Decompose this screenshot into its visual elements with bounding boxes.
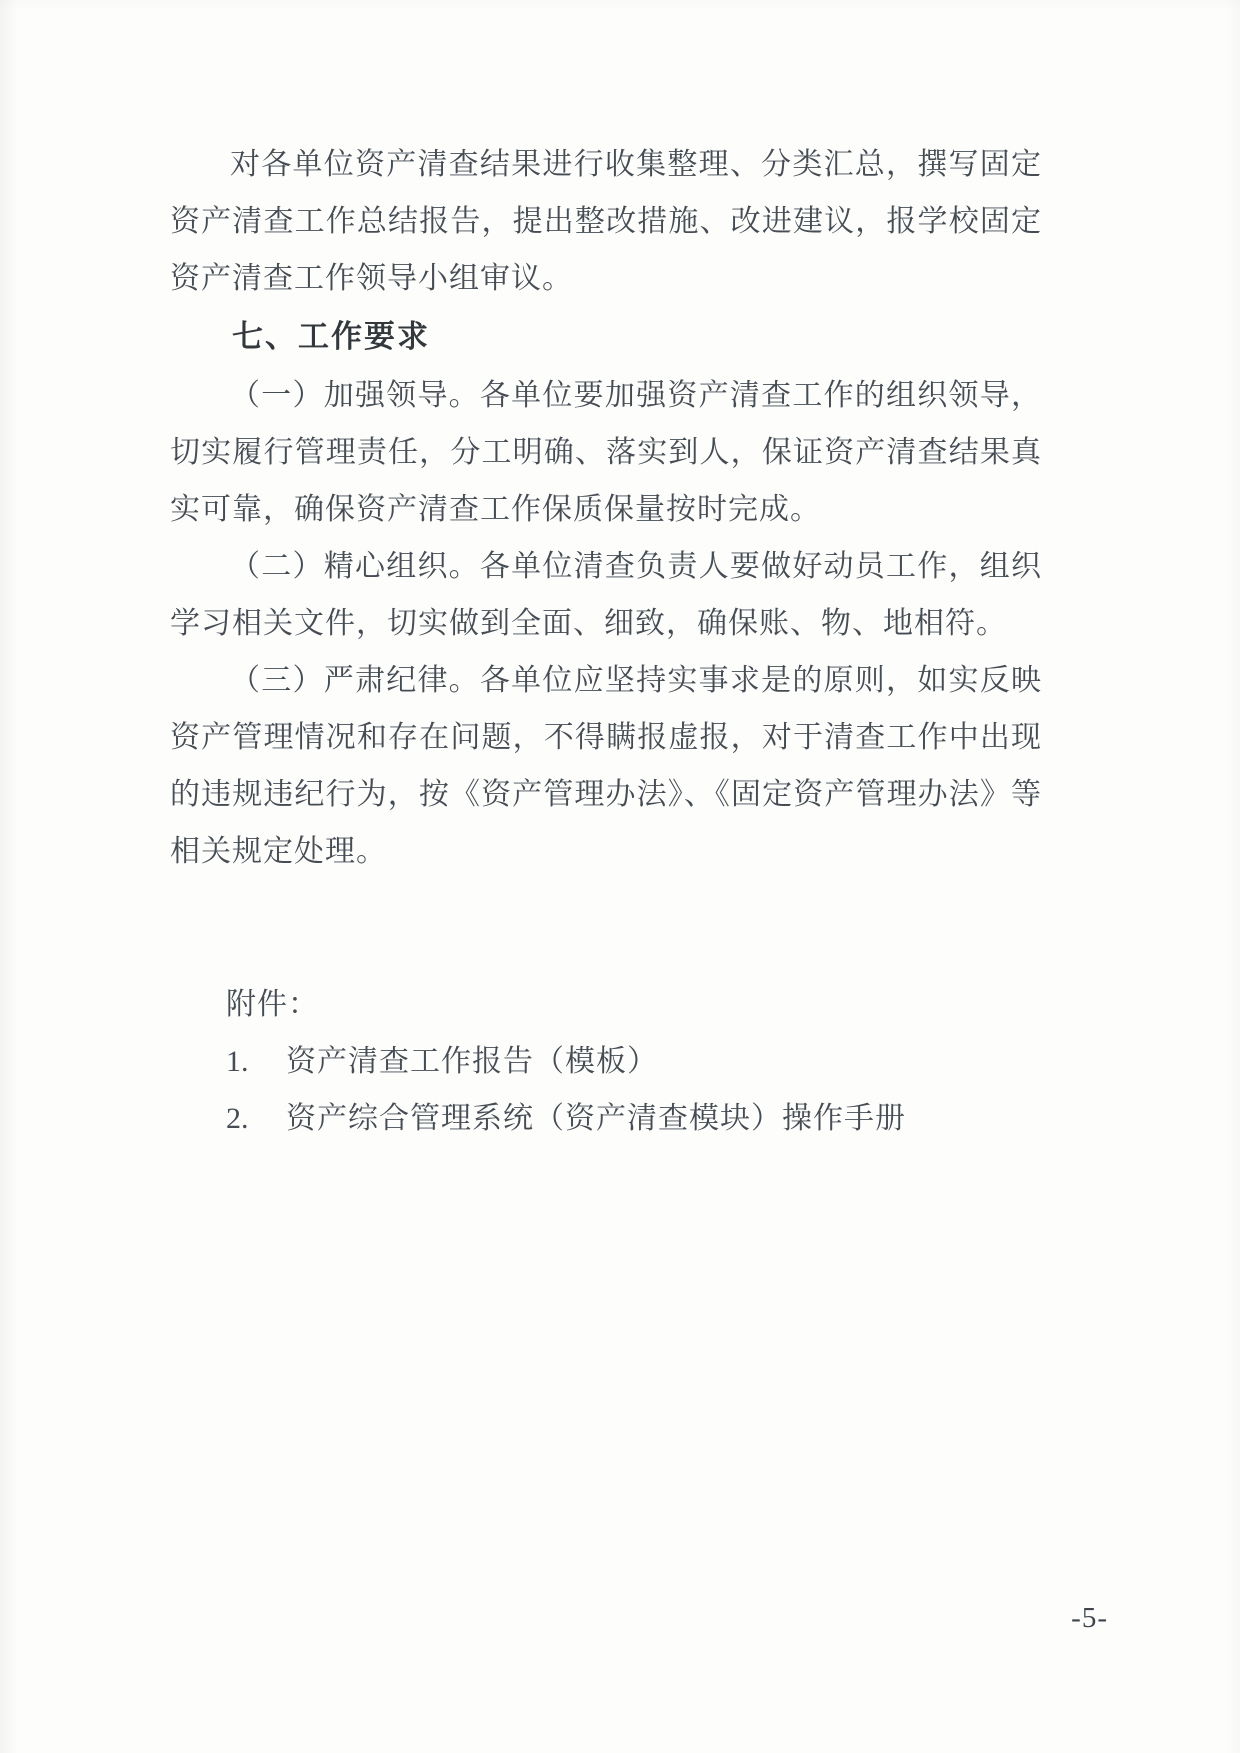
attachment-item-2: 2.资产综合管理系统（资产清查模块）操作手册: [170, 1090, 1042, 1147]
attachment-title: 资产清查工作报告（模板）: [286, 1045, 658, 1078]
attachments-section: 附件： 1.资产清查工作报告（模板） 2.资产综合管理系统（资产清查模块）操作手…: [170, 976, 1042, 1147]
attachment-number: 1.: [226, 1033, 286, 1090]
section-heading: 七、工作要求: [170, 307, 1042, 367]
requirement-paragraph-2: （二）精心组织。各单位清查负责人要做好动员工作，组织学习相关文件，切实做到全面、…: [170, 538, 1042, 652]
intro-paragraph: 对各单位资产清查结果进行收集整理、分类汇总，撰写固定资产清查工作总结报告，提出整…: [170, 136, 1042, 307]
attachment-item-1: 1.资产清查工作报告（模板）: [170, 1033, 1042, 1090]
requirement-paragraph-3: （三）严肃纪律。各单位应坚持实事求是的原则，如实反映资产管理情况和存在问题，不得…: [170, 652, 1042, 880]
attachment-title: 资产综合管理系统（资产清查模块）操作手册: [286, 1102, 906, 1135]
attachments-label: 附件：: [170, 976, 1042, 1033]
document-body: 对各单位资产清查结果进行收集整理、分类汇总，撰写固定资产清查工作总结报告，提出整…: [170, 136, 1042, 1147]
requirement-paragraph-1: （一）加强领导。各单位要加强资产清查工作的组织领导，切实履行管理责任，分工明确、…: [170, 367, 1042, 538]
page-number: -5-: [1071, 1602, 1108, 1635]
attachment-number: 2.: [226, 1090, 286, 1147]
